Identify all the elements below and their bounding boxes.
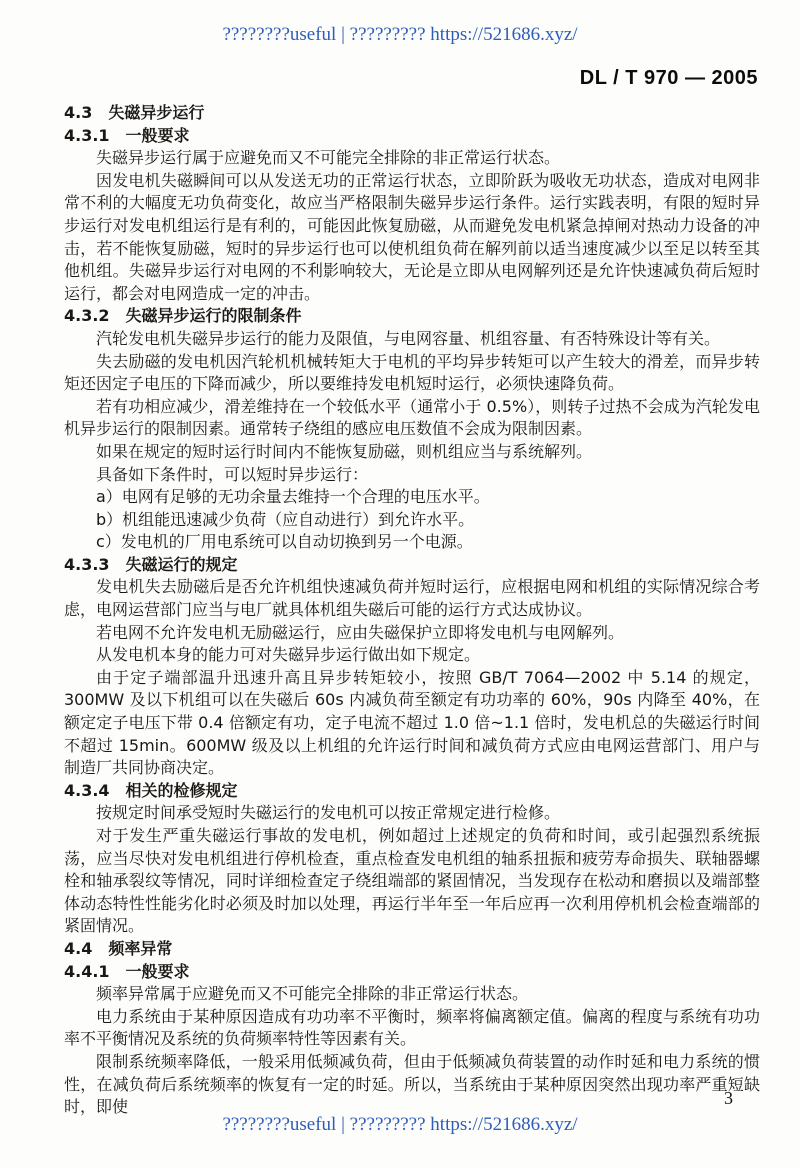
scanned-document-page: ????????useful | ????????? https://52168… (0, 0, 800, 1168)
list-item: a）电网有足够的无功余量去维持一个合理的电压水平。 (64, 486, 760, 509)
paragraph: 如果在规定的短时运行时间内不能恢复励磁，则机组应当与系统解列。 (64, 441, 760, 464)
watermark-link-top: ????????useful | ????????? https://52168… (0, 24, 800, 46)
paragraph: 从发电机本身的能力可对失磁异步运行做出如下规定。 (64, 644, 760, 667)
subsection-heading: 4.3.2 失磁异步运行的限制条件 (64, 305, 760, 328)
subsection-heading: 4.3.1 一般要求 (64, 125, 760, 148)
paragraph: 失磁异步运行属于应避免而又不可能完全排除的非正常运行状态。 (64, 147, 760, 170)
list-item: b）机组能迅速减少负荷（应自动进行）到允许水平。 (64, 509, 760, 532)
watermark-link-bottom: ????????useful | ????????? https://52168… (0, 1114, 800, 1136)
subsection-heading: 4.3.3 失磁运行的规定 (64, 554, 760, 577)
subsection-heading: 4.4.1 一般要求 (64, 961, 760, 984)
page-number: 3 (724, 1088, 733, 1109)
paragraph: 按规定时间承受短时失磁运行的发电机可以按正常规定进行检修。 (64, 802, 760, 825)
list-item: c）发电机的厂用电系统可以自动切换到另一个电源。 (64, 531, 760, 554)
subsection-heading: 4.3.4 相关的检修规定 (64, 780, 760, 803)
paragraph: 若电网不允许发电机无励磁运行，应由失磁保护立即将发电机与电网解列。 (64, 622, 760, 645)
paragraph: 失去励磁的发电机因汽轮机机械转矩大于电机的平均异步转矩可以产生较大的滑差，而异步… (64, 351, 760, 396)
paragraph: 限制系统频率降低，一般采用低频减负荷，但由于低频减负荷装置的动作时延和电力系统的… (64, 1051, 760, 1119)
section-heading: 4.3 失磁异步运行 (64, 102, 760, 125)
paragraph: 电力系统由于某种原因造成有功功率不平衡时，频率将偏离额定值。偏离的程度与系统有功… (64, 1006, 760, 1051)
paragraph: 对于发生严重失磁运行事故的发电机，例如超过上述规定的负荷和时间，或引起强烈系统振… (64, 825, 760, 938)
paragraph: 频率异常属于应避免而又不可能完全排除的非正常运行状态。 (64, 983, 760, 1006)
paragraph: 由于定子端部温升迅速升高且异步转矩较小，按照 GB/T 7064—2002 中 … (64, 667, 760, 780)
document-body: 4.3 失磁异步运行4.3.1 一般要求失磁异步运行属于应避免而又不可能完全排除… (64, 102, 760, 1119)
section-heading: 4.4 频率异常 (64, 938, 760, 961)
paragraph: 汽轮发电机失磁异步运行的能力及限值，与电网容量、机组容量、有否特殊设计等有关。 (64, 328, 760, 351)
standard-code: DL / T 970 — 2005 (580, 67, 758, 90)
paragraph: 发电机失去励磁后是否允许机组快速减负荷并短时运行，应根据电网和机组的实际情况综合… (64, 576, 760, 621)
paragraph: 因发电机失磁瞬间可以从发送无功的正常运行状态，立即阶跃为吸收无功状态，造成对电网… (64, 170, 760, 306)
paragraph: 若有功相应减少，滑差维持在一个较低水平（通常小于 0.5%），则转子过热不会成为… (64, 396, 760, 441)
paragraph: 具备如下条件时，可以短时异步运行： (64, 464, 760, 487)
